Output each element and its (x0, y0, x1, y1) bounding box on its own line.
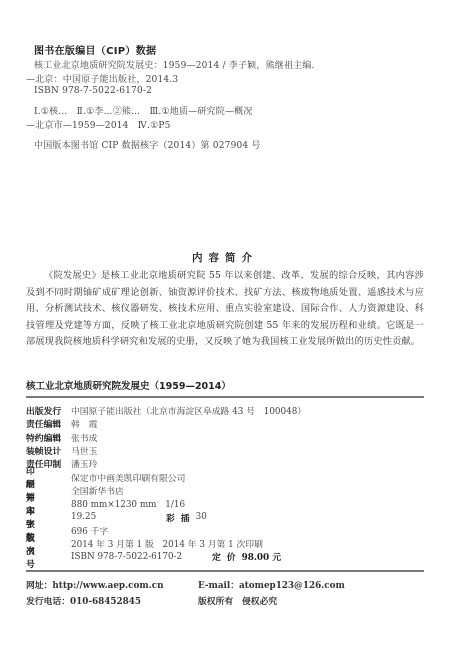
spec-row-editor: 责任编辑 韩 霞 (26, 417, 306, 430)
summary-body: 《院发展史》是核工业北京地质研究院 55 年以来创建、改革、发展的综合反映，其内… (26, 268, 424, 351)
spec-label: 书号 (26, 544, 71, 570)
spec-value: 全国新华书店 (71, 484, 124, 497)
cip-line-isbn: ISBN 978-7-5022-6170-2 (34, 86, 152, 96)
cip-line-classification: Ⅰ.①核… Ⅱ.①李…②熊… Ⅲ.①地质—研究院—概况 (34, 104, 253, 117)
spec-value: 696 千字 (71, 524, 108, 537)
spec-row-guest-editor: 特约编辑 张书成 (26, 431, 306, 444)
spec-value: 中国原子能出版社（北京市海淀区阜成路 43 号 100048） (71, 404, 306, 417)
spec-label: 装帧设计 (26, 444, 71, 457)
spec-value: 保定市中画美凯印刷有限公司 (71, 471, 185, 484)
copyright-notice: 版权所有 侵权必究 (198, 594, 277, 607)
spec-row-isbn: 书号 ISBN 978-7-5022-6170-2 定价 98.00 元 (26, 550, 306, 563)
book-title: 核工业北京地质研究院发展史（1959—2014） (26, 378, 231, 392)
spec-value: 马世玉 (71, 444, 97, 457)
spec-extra-label: 彩插 (166, 511, 196, 524)
spec-label: 特约编辑 (26, 431, 71, 444)
spec-label: 责任编辑 (26, 417, 71, 430)
spec-extra-value: 30 (196, 512, 207, 522)
spec-row-publisher: 出版发行 中国原子能出版社（北京市海淀区阜成路 43 号 100048） (26, 404, 306, 417)
divider-top (26, 396, 424, 398)
website-link[interactable]: 网址：http://www.aep.com.cn (26, 578, 164, 591)
email-link[interactable]: E-mail：atomep123@126.com (198, 578, 345, 591)
cip-data-number: 中国版本图书馆 CIP 数据核字（2014）第 027904 号 (34, 138, 261, 151)
publication-specs: 出版发行 中国原子能出版社（北京市海淀区阜成路 43 号 100048） 责任编… (26, 404, 306, 564)
cip-line-classification-cont: —北京市—1959—2014 Ⅳ.①P5 (26, 118, 171, 131)
spec-value: 2014 年 3 月第 1 版 2014 年 3 月第 1 次印刷 (71, 537, 263, 550)
spec-value: 880 mm×1230 mm 1/16 (71, 497, 185, 510)
spec-row-design: 装帧设计 马世玉 (26, 444, 306, 457)
spec-label: 出版发行 (26, 404, 71, 417)
price-value: 98.00 元 (242, 550, 281, 563)
spec-value: ISBN 978-7-5022-6170-2 (71, 552, 212, 562)
cip-line-title: 核工业北京地质研究院发展史：1959—2014 / 李子颖，熊继祖主编． (34, 58, 321, 71)
price-label: 定价 (212, 550, 242, 563)
cip-line-publisher: —北京：中国原子能出版社，2014.3 (26, 72, 178, 85)
spec-value: 张书成 (71, 431, 97, 444)
spec-value: 韩 霞 (71, 417, 97, 430)
spec-value: 潘玉玲 (71, 457, 97, 470)
spec-value: 19.25 (71, 512, 166, 522)
divider-bottom (26, 570, 424, 572)
summary-title: 内容简介 (0, 250, 450, 265)
cip-heading: 图书在版编目（CIP）数据 (34, 42, 156, 57)
distribution-phone: 发行电话：010-68452845 (26, 594, 141, 607)
